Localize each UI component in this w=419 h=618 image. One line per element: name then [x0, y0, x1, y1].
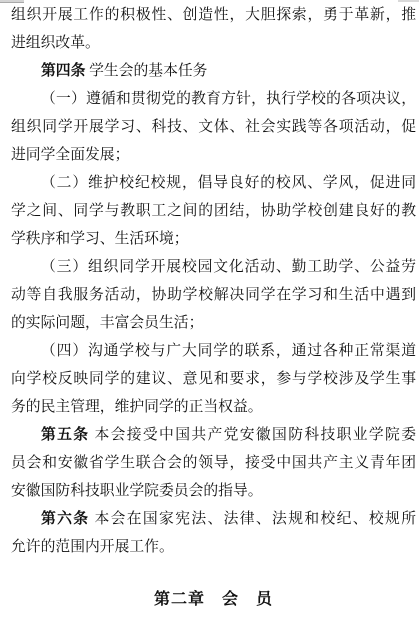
- line-text: 学生会的基本任务: [85, 63, 207, 79]
- line-text: 本会接受中国共产党安徽国防科技职业学院委: [89, 427, 416, 443]
- article-number: 第五条: [41, 427, 89, 443]
- text-line: 动等自我服务活动，协助学校解决同学在学习和生活中遇到: [11, 281, 416, 309]
- article-number: 第四条: [41, 63, 85, 79]
- text-line: 向学校反映同学的建议、意见和要求，参与学校涉及学生事: [11, 365, 416, 393]
- text-line: （二）维护校纪校规，倡导良好的校风、学风，促进同: [11, 169, 416, 197]
- text-line: 务的民主管理，维护同学的正当权益。: [11, 393, 416, 421]
- document-page: 组织开展工作的积极性、创造性，大胆探索，勇于革新，推 进组织改革。 第四条 学生…: [0, 0, 419, 618]
- page-corner-artifact-left: [0, 0, 24, 3]
- text-line: 安徽国防科技职业学院委员会的指导。: [11, 477, 416, 505]
- text-line: 进组织改革。: [11, 29, 416, 57]
- text-line: （四）沟通学校与广大同学的联系，通过各种正常渠道: [11, 337, 416, 365]
- text-line: 允许的范围内开展工作。: [11, 533, 416, 561]
- text-line: 学秩序和学习、生活环境；: [11, 225, 416, 253]
- text-line: 的实际问题，丰富会员生活；: [11, 309, 416, 337]
- text-line: 员会和安徽省学生联合会的领导，接受中国共产主义青年团: [11, 449, 416, 477]
- page-corner-artifact-right: [398, 0, 419, 2]
- line-text: 本会在国家宪法、法律、法规和校纪、校规所: [89, 511, 416, 527]
- text-line: （三）组织同学开展校园文化活动、勤工助学、公益劳: [11, 253, 416, 281]
- text-line: 组织同学开展学习、科技、文体、社会实践等各项活动，促: [11, 113, 416, 141]
- text-line: （一）遵循和贯彻党的教育方针，执行学校的各项决议，: [11, 85, 416, 113]
- chapter-heading: 第二章 会 员: [11, 586, 416, 614]
- text-line: 进同学全面发展；: [11, 141, 416, 169]
- text-line: 学之间、同学与教职工之间的团结，协助学校创建良好的教: [11, 197, 416, 225]
- text-line: 组织开展工作的积极性、创造性，大胆探索，勇于革新，推: [11, 1, 416, 29]
- text-line-article-5: 第五条 本会接受中国共产党安徽国防科技职业学院委: [11, 421, 416, 449]
- text-line-article-6: 第六条 本会在国家宪法、法律、法规和校纪、校规所: [11, 505, 416, 533]
- article-number: 第六条: [41, 511, 89, 527]
- text-line-article-4: 第四条 学生会的基本任务: [11, 57, 416, 85]
